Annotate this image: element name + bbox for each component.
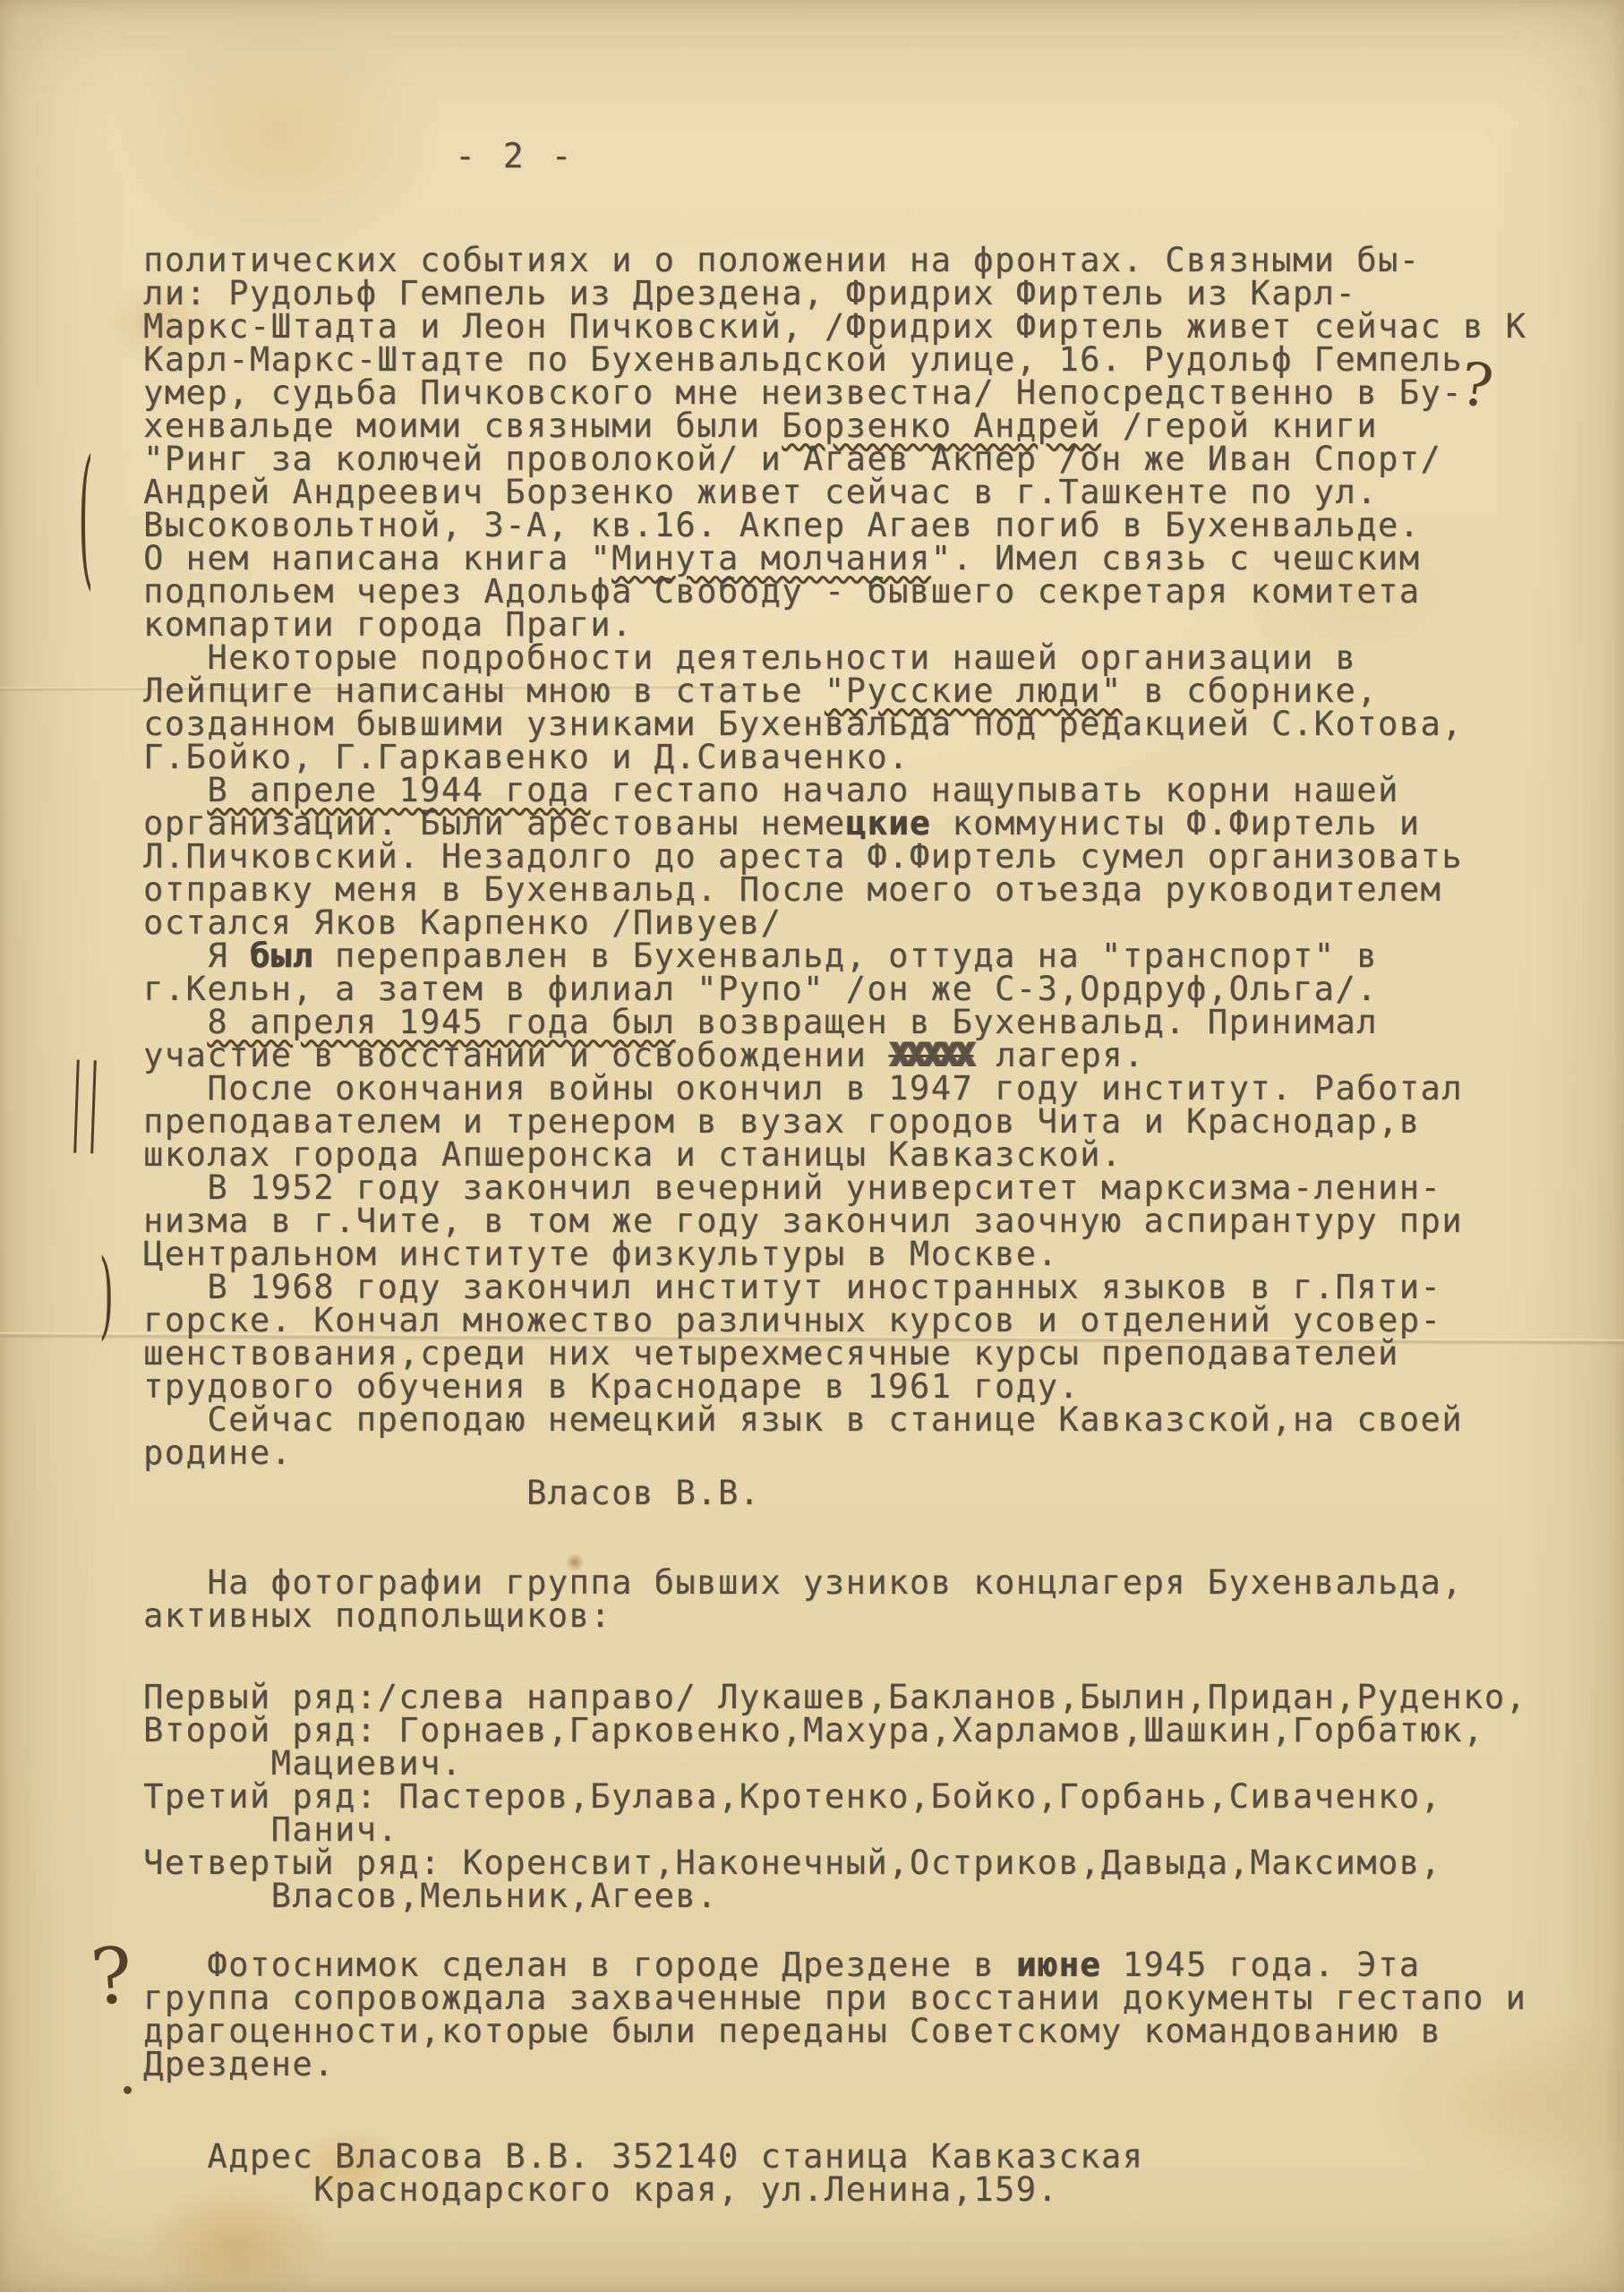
text-line: Андрей Андреевич Борзенко живет сейчас в… bbox=[143, 475, 1558, 509]
text-line: преподавателем и тренером в вузах городо… bbox=[143, 1105, 1558, 1138]
text-segment: активных подпольщиков: bbox=[143, 1596, 611, 1635]
text-line: 8 апреля 1945 года был возвращен в Бухен… bbox=[143, 1005, 1558, 1039]
text-line: Адрес Власова В.В. 352140 станица Кавказ… bbox=[143, 2140, 1558, 2173]
text-line: низма в г.Чите, в том же году закончил з… bbox=[143, 1204, 1558, 1237]
text-line: Мациевич. bbox=[143, 1747, 1558, 1780]
handwritten-dot-mark bbox=[124, 2086, 132, 2094]
scanned-document-page: - 2 - политических событиях и о положени… bbox=[0, 0, 1624, 2292]
text-line: Л.Пичковский. Незадолго до ареста Ф.Фирт… bbox=[143, 840, 1558, 873]
handwritten-bracket-open-mark: ( bbox=[78, 428, 93, 604]
paragraph-current-teaching: Сейчас преподаю немецкий язык в станице … bbox=[143, 1403, 1558, 1469]
text-line: Фотоснимок сделан в городе Дрездене в ию… bbox=[143, 1948, 1558, 1981]
text-line: Центральном институте физкультуры в Моск… bbox=[143, 1237, 1558, 1270]
handwritten-bracket-close-mark: ) bbox=[99, 1238, 114, 1349]
text-line: организации. Были арестованы немецкие ко… bbox=[143, 807, 1558, 840]
text-line: хенвальде моими связными были Борзенко А… bbox=[143, 409, 1558, 442]
paragraph-postwar-1947: После окончания войны окончил в 1947 год… bbox=[143, 1072, 1558, 1171]
text-line: Лейпциге написаны мною в статье "Русские… bbox=[143, 674, 1558, 707]
struck-out-text: ХХХХХ bbox=[888, 1036, 974, 1074]
text-line: Г.Бойко, Г.Гаркавенко и Д.Сиваченко. bbox=[143, 740, 1558, 774]
text-line: Сейчас преподаю немецкий язык в станице … bbox=[143, 1403, 1558, 1436]
text-line: участие в восстании и освобождении ХХХХХ… bbox=[143, 1039, 1558, 1072]
text-line: Краснодарского края, ул.Ленина,159. bbox=[143, 2173, 1558, 2206]
text-line: активных подпольщиков: bbox=[143, 1599, 1558, 1632]
text-line: созданном бывшими узниками Бухенвальда п… bbox=[143, 707, 1558, 740]
text-line: Я был переправлен в Бухенвальд, оттуда н… bbox=[143, 939, 1558, 972]
text-line: В 1952 году закончил вечерний университе… bbox=[143, 1171, 1558, 1204]
text-line: остался Яков Карпенко /Пивуев/ bbox=[143, 906, 1558, 939]
text-line: Третий ряд: Пастеров,Булава,Кротенко,Бой… bbox=[143, 1780, 1558, 1813]
text-line: Некоторые подробности деятельности нашей… bbox=[143, 641, 1558, 674]
text-line: подпольем через Адольфа Свободу - бывшег… bbox=[143, 575, 1558, 608]
text-line: Первый ряд:/слева направо/ Лукашев,Бакла… bbox=[143, 1681, 1558, 1714]
text-segment: Дрездене. bbox=[143, 2045, 335, 2083]
text-line: Маркс-Штадта и Леон Пичковский, /Фридрих… bbox=[143, 310, 1558, 343]
text-line: "Ринг за колючей проволокой/ и Агаев Акп… bbox=[143, 442, 1558, 475]
text-segment: Краснодарского края, ул.Ленина,159. bbox=[143, 2170, 1058, 2209]
text-segment: драгоценности,которые были переданы Сове… bbox=[143, 2012, 1441, 2050]
text-line: шенствования,среди них четырехмесячные к… bbox=[143, 1337, 1558, 1370]
paragraph-photo-dresden: Фотоснимок сделан в городе Дрездене в ию… bbox=[143, 1948, 1558, 2081]
page-number: - 2 - bbox=[455, 136, 575, 175]
text-segment: Власов В.В. bbox=[143, 1474, 761, 1512]
text-line: Второй ряд: Горнаев,Гарковенко,Махура,Ха… bbox=[143, 1714, 1558, 1747]
text-line: отправку меня в Бухенвальд. После моего … bbox=[143, 873, 1558, 906]
text-block: политических событиях и о положении на ф… bbox=[143, 244, 1558, 2206]
text-line: трудового обучения в Краснодаре в 1961 г… bbox=[143, 1370, 1558, 1403]
text-segment: родине. bbox=[143, 1433, 292, 1472]
paragraph-1968-institute: В 1968 году закончил институт иностранны… bbox=[143, 1270, 1558, 1403]
paragraph-transfer-buchenwald: Я был переправлен в Бухенвальд, оттуда н… bbox=[143, 939, 1558, 1005]
text-line: Высоковольтной, 3-А, кв.16. Акпер Агаев … bbox=[143, 509, 1558, 542]
handwritten-question-mark-left: ? bbox=[88, 1930, 137, 2023]
text-line: родине. bbox=[143, 1436, 1558, 1469]
text-line: Власов,Мельник,Агеев. bbox=[143, 1879, 1558, 1912]
handwritten-double-bar-mark bbox=[73, 1060, 97, 1154]
text-line: На фотографии группа бывших узников конц… bbox=[143, 1566, 1558, 1599]
text-line: В апреле 1944 года гестапо начало нащупы… bbox=[143, 774, 1558, 807]
text-line: ли: Рудольф Гемпель из Дрездена, Фридрих… bbox=[143, 277, 1558, 310]
text-line: Карл-Маркс-Штадте по Бухенвальдской улиц… bbox=[143, 343, 1558, 376]
text-line: группа сопровождала захваченные при восс… bbox=[143, 1981, 1558, 2014]
text-line: В 1968 году закончил институт иностранны… bbox=[143, 1270, 1558, 1304]
paragraph-photo-intro: На фотографии группа бывших узников конц… bbox=[143, 1566, 1558, 1632]
paragraph-leipzig-article: Некоторые подробности деятельности нашей… bbox=[143, 641, 1558, 774]
text-line: О нем написана книга "Минута молчания". … bbox=[143, 542, 1558, 575]
text-line: школах города Апшеронска и станицы Кавка… bbox=[143, 1138, 1558, 1171]
text-line: Дрездене. bbox=[143, 2048, 1558, 2081]
text-line: Панич. bbox=[143, 1813, 1558, 1846]
text-line: г.Кельн, а затем в филиал "Рупо" /он же … bbox=[143, 972, 1558, 1005]
paragraph-fronts-contacts: политических событиях и о положении на ф… bbox=[143, 244, 1558, 641]
text-line: Четвертый ряд: Коренсвит,Наконечный,Остр… bbox=[143, 1846, 1558, 1879]
signature: Власов В.В. bbox=[143, 1476, 1558, 1509]
text-line: горске. Кончал множество различных курсо… bbox=[143, 1304, 1558, 1337]
text-line: умер, судьба Пичковского мне неизвестна/… bbox=[143, 376, 1558, 409]
text-line: Власов В.В. bbox=[143, 1476, 1558, 1509]
paragraph-gestapo-1944: В апреле 1944 года гестапо начало нащупы… bbox=[143, 774, 1558, 939]
address-block: Адрес Власова В.В. 352140 станица Кавказ… bbox=[143, 2140, 1558, 2206]
text-line: драгоценности,которые были переданы Сове… bbox=[143, 2014, 1558, 2048]
text-segment: Сейчас преподаю немецкий язык в станице … bbox=[143, 1400, 1463, 1439]
text-line: компартии города Праги. bbox=[143, 608, 1558, 641]
text-line: политических событиях и о положении на ф… bbox=[143, 244, 1558, 277]
text-line: После окончания войны окончил в 1947 год… bbox=[143, 1072, 1558, 1105]
paragraph-1952-university: В 1952 году закончил вечерний университе… bbox=[143, 1171, 1558, 1270]
paragraph-return-1945: 8 апреля 1945 года был возвращен в Бухен… bbox=[143, 1005, 1558, 1072]
text-segment: Власов,Мельник,Агеев. bbox=[143, 1877, 718, 1915]
photo-rows-list: Первый ряд:/слева направо/ Лукашев,Бакла… bbox=[143, 1681, 1558, 1912]
